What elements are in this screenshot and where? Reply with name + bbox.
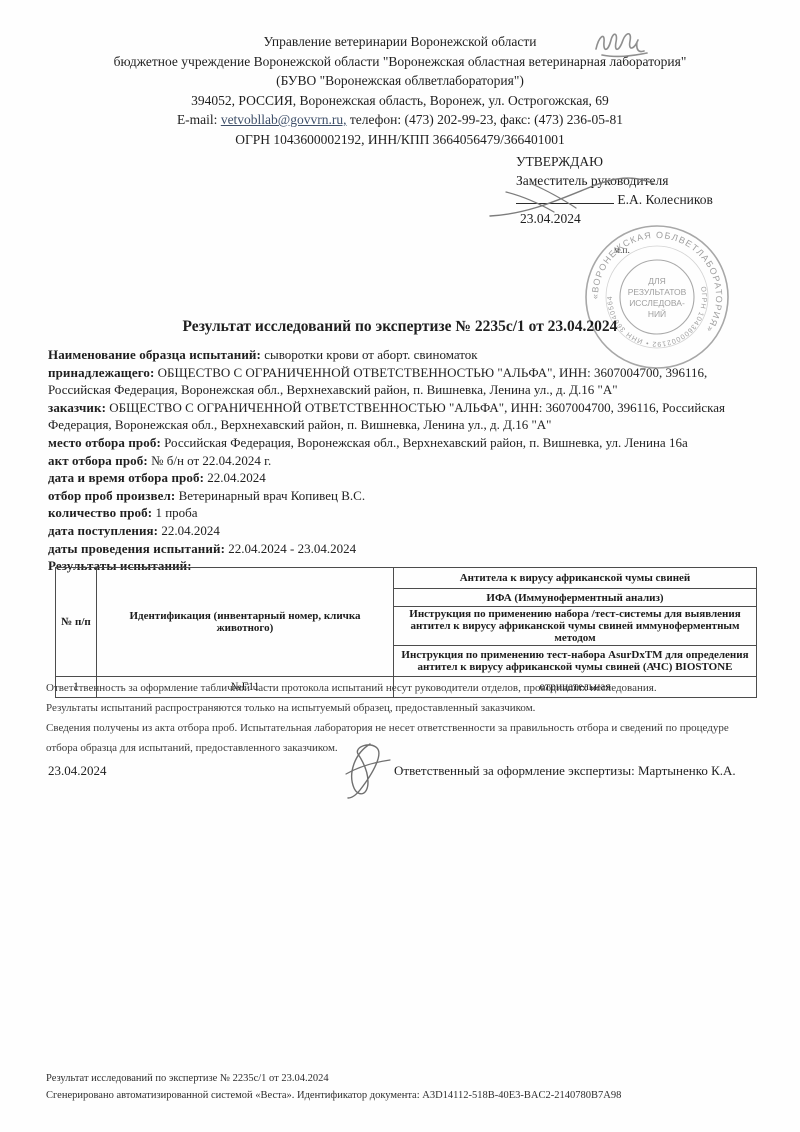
document-page: Управление ветеринарии Воронежской облас…	[0, 0, 800, 1132]
notes-block: Ответственность за оформление табличной …	[46, 678, 760, 758]
detail-label: количество проб:	[48, 505, 152, 520]
test-header-instruction-asurdx: Инструкция по применению тест-набора Asu…	[394, 646, 757, 677]
document-title: Результат исследований по экспертизе № 2…	[0, 318, 800, 336]
detail-row: акт отбора проб: № б/н от 22.04.2024 г.	[48, 452, 760, 470]
detail-label: место отбора проб:	[48, 435, 161, 450]
detail-row: отбор проб произвел: Ветеринарный врач К…	[48, 487, 760, 505]
org-ogrn-inn: ОГРН 1043600002192, ИНН/КПП 3664056479/3…	[40, 130, 760, 150]
detail-label: даты проведения испытаний:	[48, 541, 225, 556]
expert-signature	[340, 740, 396, 802]
footer-line2: Сгенерировано автоматизированной системо…	[46, 1087, 760, 1104]
test-header-instruction-kit: Инструкция по применению набора /тест-си…	[394, 607, 757, 646]
detail-row: заказчик: ОБЩЕСТВО С ОГРАНИЧЕННОЙ ОТВЕТС…	[48, 399, 760, 434]
detail-label: заказчик:	[48, 400, 106, 415]
detail-row: дата поступления: 22.04.2024	[48, 522, 760, 540]
detail-label: дата поступления:	[48, 523, 158, 538]
handwritten-mark	[592, 22, 662, 62]
detail-label: принадлежащего:	[48, 365, 154, 380]
stamp-center-line1: ДЛЯ	[648, 276, 665, 286]
col-header-identification: Идентификация (инвентарный номер, кличка…	[97, 568, 394, 677]
org-contacts: E-mail: vetvobllab@govvrn.ru, телефон: (…	[40, 110, 760, 130]
approval-position: Заместитель руководителя	[516, 171, 766, 190]
detail-row: дата и время отбора проб: 22.04.2024	[48, 469, 760, 487]
detail-value: 22.04.2024	[207, 470, 266, 485]
detail-label: дата и время отбора проб:	[48, 470, 204, 485]
org-name-line3: (БУВО "Воронежская облветлаборатория")	[40, 71, 760, 91]
detail-row: место отбора проб: Российская Федерация,…	[48, 434, 760, 452]
approval-name: Е.А. Колесников	[617, 192, 713, 207]
signature-line	[516, 191, 614, 204]
approval-title: УТВЕРЖДАЮ	[516, 152, 766, 171]
test-header-antibodies: Антитела к вирусу африканской чумы свине…	[394, 568, 757, 589]
email-link[interactable]: vetvobllab@govvrn.ru,	[221, 112, 347, 127]
detail-value: 1 проба	[155, 505, 197, 520]
detail-value: сыворотки крови от аборт. свиноматок	[264, 347, 477, 362]
detail-label: отбор проб произвел:	[48, 488, 175, 503]
note-responsibility: Ответственность за оформление табличной …	[46, 678, 760, 698]
col-header-num: № п/п	[56, 568, 97, 677]
footer-line1: Результат исследований по экспертизе № 2…	[46, 1070, 760, 1087]
detail-row: даты проведения испытаний: 22.04.2024 - …	[48, 540, 760, 558]
signoff-label: Ответственный за оформление экспертизы: …	[394, 763, 736, 779]
detail-value: Российская Федерация, Воронежская обл., …	[164, 435, 688, 450]
phone-fax: телефон: (473) 202-99-23, факс: (473) 23…	[350, 112, 623, 127]
email-label: E-mail:	[177, 112, 218, 127]
signoff-date: 23.04.2024	[48, 763, 107, 779]
test-header-method: ИФА (Иммуноферментный анализ)	[394, 589, 757, 607]
detail-value: 22.04.2024	[161, 523, 220, 538]
detail-value: ОБЩЕСТВО С ОГРАНИЧЕННОЙ ОТВЕТСТВЕННОСТЬЮ…	[48, 400, 725, 433]
org-address: 394052, РОССИЯ, Воронежская область, Вор…	[40, 91, 760, 111]
detail-row: принадлежащего: ОБЩЕСТВО С ОГРАНИЧЕННОЙ …	[48, 364, 760, 399]
detail-value: 22.04.2024 - 23.04.2024	[228, 541, 356, 556]
approval-block: УТВЕРЖДАЮ Заместитель руководителя Е.А. …	[516, 152, 766, 228]
detail-value: № б/н от 22.04.2024 г.	[151, 453, 271, 468]
detail-row: Наименование образца испытаний: сыворотк…	[48, 346, 760, 364]
stamp-center-line3: ИССЛЕДОВА-	[629, 298, 685, 308]
document-footer: Результат исследований по экспертизе № 2…	[46, 1070, 760, 1104]
detail-label: акт отбора проб:	[48, 453, 148, 468]
detail-label: Наименование образца испытаний:	[48, 347, 261, 362]
detail-value: Ветеринарный врач Копивец В.С.	[179, 488, 365, 503]
approval-signature-line: Е.А. Колесников	[516, 190, 766, 209]
details-block: Наименование образца испытаний: сыворотк…	[48, 346, 760, 575]
note-scope: Результаты испытаний распространяются то…	[46, 698, 760, 718]
stamp-center-line2: РЕЗУЛЬТАТОВ	[628, 287, 687, 297]
detail-row: количество проб: 1 проба	[48, 504, 760, 522]
note-sampling: Сведения получены из акта отбора проб. И…	[46, 718, 760, 758]
